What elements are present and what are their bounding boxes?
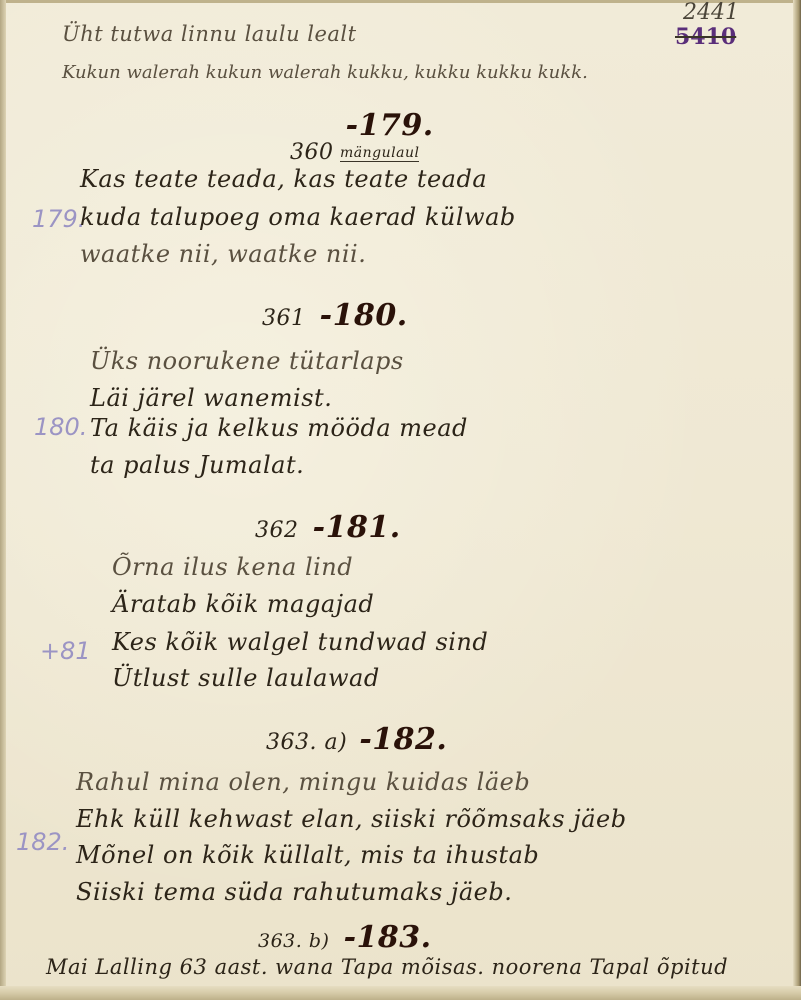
page-edge-left [0,0,6,1000]
song-number: 362 [255,518,299,543]
margin-number: 180. [34,413,87,441]
song-line: Äratab kõik magajad [112,590,374,618]
collector-note: Mai Lalling 63 aast. wana Tapa mõisas. n… [46,955,728,979]
song-number: 363. b) [258,930,329,952]
song-number: 360 [290,140,334,165]
top-line: Kukun walerah kukun walerah kukku, kukku… [62,62,588,83]
song-line: Rahul mina olen, mingu kuidas läeb [76,768,530,796]
song-main-number: -183. [344,920,432,955]
song-line: Ta käis ja kelkus mööda mead [90,414,468,442]
song-line: Ehk küll kehwast elan, siiski rõõmsaks j… [76,805,627,833]
song-number: 361 [262,306,306,331]
song-main-number: -180. [320,298,408,333]
manuscript-page: 2441 5410 Üht tutwa linnu laulu lealt Ku… [0,0,801,1000]
song-line: ta palus Jumalat. [90,451,304,479]
song-heading: 360 -179. [290,108,434,143]
song-line: Kas teate teada, kas teate teada [80,165,487,193]
margin-number: 182. [16,828,69,856]
song-line: waatke nii, waatke nii. [80,240,366,268]
song-main-number: -179. [346,108,434,143]
song-line: Siiski tema süda rahutumaks jäeb. [76,878,512,906]
song-number: 363. a) [266,730,347,755]
song-line: Kes kõik walgel tundwad sind [112,628,488,656]
top-line: Üht tutwa linnu laulu lealt [62,22,357,46]
song-line: Ütlust sulle laulawad [112,664,380,692]
song-line: Mõnel on kõik küllalt, mis ta ihustab [76,841,539,869]
song-main-number: -182. [359,722,447,757]
song-heading: 362 -181. [255,510,401,545]
song-heading: 361 -180. [262,298,408,333]
archive-number-current: 2441 [683,0,739,25]
song-annotation: mängulaul [340,145,419,162]
page-edge-right [793,0,801,1000]
song-main-number: -181. [313,510,401,545]
song-line: Läi järel wanemist. [90,384,332,412]
page-edge-bottom [0,986,801,1000]
song-line: Üks noorukene tütarlaps [90,347,404,375]
margin-number: +81 [40,637,91,665]
page-edge-top [0,0,801,3]
song-heading: 363. a) -182. [266,722,447,757]
song-line: kuda talupoeg oma kaerad külwab [80,203,516,231]
song-line: Õrna ilus kena lind [112,553,353,581]
archive-number-struck: 5410 [675,24,736,50]
song-heading: 363. b) -183. [258,920,432,955]
margin-number: 179. [32,205,85,233]
